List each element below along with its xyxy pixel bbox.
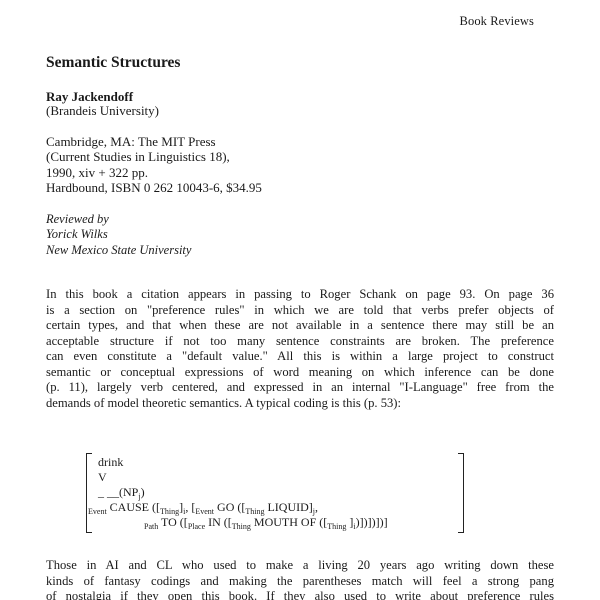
series-line: (Current Studies in Linguistics 18), [46,149,262,164]
body-paragraph-1: In this book a citation appears in passi… [46,287,554,411]
text-line: of nostalgia if they open this book. If … [46,589,554,600]
text-line: Those in AI and CL who used to make a li… [46,558,554,574]
lcs-text: CAUSE ([ [110,500,160,514]
text-line: certain types, and that when these are n… [46,318,554,334]
lcs-text: MOUTH OF ([ [254,515,327,529]
subscript: Place [188,522,205,531]
text-line: kinds of fantasy codings and making the … [46,574,554,590]
formula-category: V [98,470,107,485]
subscript: Thing [232,522,251,531]
lcs-text: TO ([ [161,515,188,529]
running-head: Book Reviews [460,14,534,29]
lcs-text: LIQUID] [267,500,312,514]
text-line: acceptable structure if not too many sen… [46,334,554,350]
lcs-text: IN ([ [208,515,232,529]
subscript: Thing [327,522,346,531]
lcs-text: , [315,500,318,514]
formula-subcat: _ __(NPj) [98,485,145,500]
reviewer-block: Reviewed by Yorick Wilks New Mexico Stat… [46,212,191,258]
subcat-text: _ __(NP [98,485,138,499]
lcs-text: , [ [185,500,195,514]
publication-info: Cambridge, MA: The MIT Press (Current St… [46,134,262,196]
book-title: Semantic Structures [46,54,180,72]
subscript: i [353,522,355,531]
text-line: is a section on "preference rules" in wh… [46,303,554,319]
author-affiliation: (Brandeis University) [46,103,159,119]
left-bracket [86,453,92,533]
body-paragraph-2: Those in AI and CL who used to make a li… [46,558,554,600]
reviewer-name: Yorick Wilks [46,227,191,242]
subscript: Event [88,507,107,516]
reviewed-by-label: Reviewed by [46,212,191,227]
text-line: semantic or conceptual expressions of wo… [46,365,554,381]
text-line: (p. 11), largely verb centered, and expr… [46,380,554,396]
subscript: Path [144,522,158,531]
text-line: can even constitute a "default value." A… [46,349,554,365]
formula-lcs-line2: Path TO ([Place IN ([Thing MOUTH OF ([Th… [144,515,388,530]
lcs-text: )])])])] [356,515,388,529]
formula-word: drink [98,455,123,470]
text-line: In this book a citation appears in passi… [46,287,554,303]
reviewer-affiliation: New Mexico State University [46,243,191,258]
publisher-line: Cambridge, MA: The MIT Press [46,134,262,149]
formula-lcs-line1: Event CAUSE ([Thing]i, [Event GO ([Thing… [88,500,318,515]
lcs-text: GO ([ [217,500,245,514]
right-bracket [458,453,464,533]
lexical-entry-formula: drink V _ __(NPj) Event CAUSE ([Thing]i,… [86,453,464,533]
isbn-price-line: Hardbound, ISBN 0 262 10043-6, $34.95 [46,180,262,195]
subcat-end: ) [141,485,145,499]
text-line: demands of model theoretic semantics. A … [46,396,554,412]
year-pages-line: 1990, xiv + 322 pp. [46,165,262,180]
